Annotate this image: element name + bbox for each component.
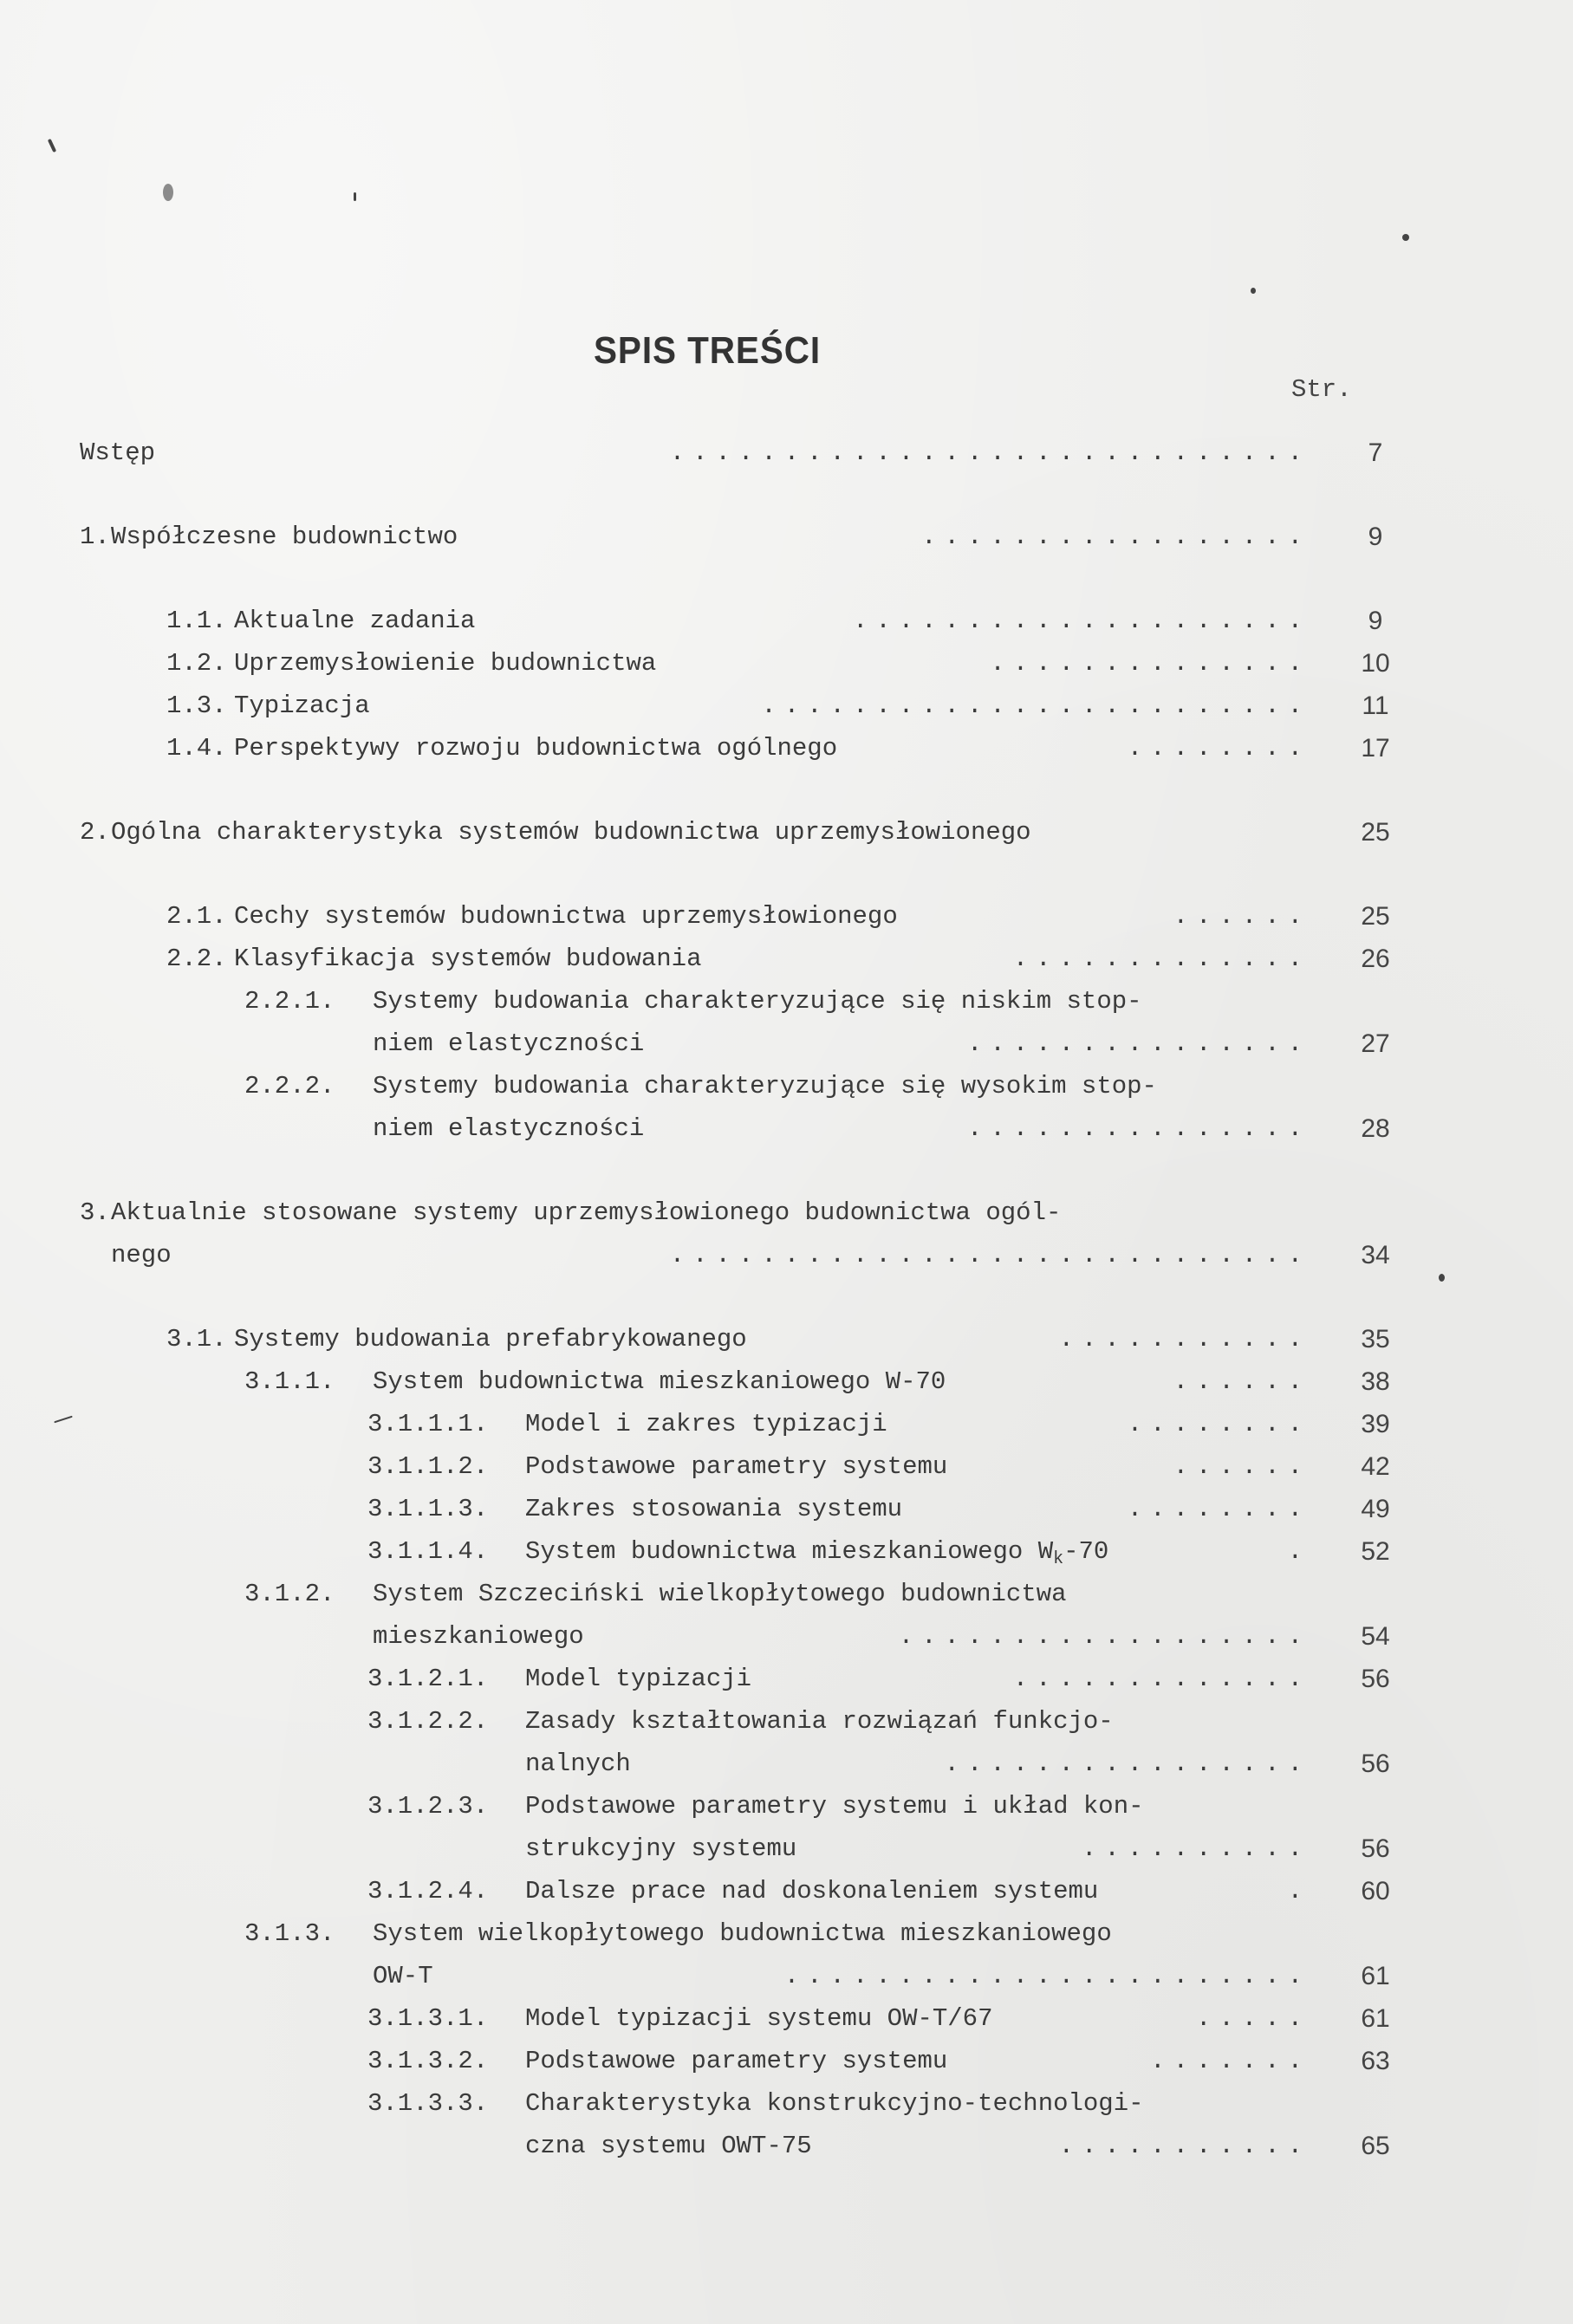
toc-entry-title: System budownictwa mieszkaniowego W-70 xyxy=(373,1360,946,1403)
leader-dots: ............................ xyxy=(670,432,1310,474)
leader-dots: ........... xyxy=(1059,1318,1310,1360)
toc-entry-3-cont[interactable]: nego............................34 xyxy=(80,1234,1432,1276)
toc-entry-page: 56 xyxy=(1336,1743,1414,1785)
leader-dots: ........ xyxy=(1128,727,1310,769)
toc-entry-page: 28 xyxy=(1336,1107,1414,1150)
paper-speck xyxy=(1402,234,1409,241)
toc-entry-3-1-1-1[interactable]: 3.1.1.1.Model i zakres typizacji........… xyxy=(80,1403,1432,1445)
toc-entry-3-1-1-2[interactable]: 3.1.1.2.Podstawowe parametry systemu....… xyxy=(80,1445,1432,1488)
leader-dots: ................ xyxy=(945,1743,1310,1785)
toc-entry-page: 63 xyxy=(1336,2040,1414,2082)
toc-entry-2[interactable]: 2.Ogólna charakterystyka systemów budown… xyxy=(80,811,1432,854)
leader-dots: ............................ xyxy=(670,1234,1310,1276)
toc-entry-3-1-2-3-cont[interactable]: strukcyjny systemu..........56 xyxy=(80,1827,1432,1870)
toc-entry-page: 54 xyxy=(1336,1615,1414,1658)
toc-entry-3-1-1[interactable]: 3.1.1.System budownictwa mieszkaniowego … xyxy=(80,1360,1432,1403)
toc-entry-3-1-2-2[interactable]: 3.1.2.2.Zasady kształtowania rozwiązań f… xyxy=(80,1700,1432,1743)
toc-entry-title: System budownictwa mieszkaniowego Wk-70 xyxy=(525,1530,1108,1573)
toc-entry-page: 35 xyxy=(1336,1318,1414,1360)
leader-dots: . xyxy=(1288,1530,1310,1573)
paper-speck xyxy=(1439,1274,1445,1282)
toc-entry-title: Ogólna charakterystyka systemów budownic… xyxy=(111,811,1031,854)
toc-entry-page: 65 xyxy=(1336,2125,1414,2167)
toc-entry-3-1-2[interactable]: 3.1.2.System Szczeciński wielkopłytowego… xyxy=(80,1573,1432,1615)
toc-entry-title: System Szczeciński wielkopłytowego budow… xyxy=(373,1573,1067,1615)
toc-entry-2-2[interactable]: 2.2.Klasyfikacja systemów budowania.....… xyxy=(80,938,1432,980)
paper-speck xyxy=(163,184,173,201)
toc-entry-page: 9 xyxy=(1336,516,1414,558)
leader-dots: .................. xyxy=(899,1615,1310,1658)
toc-entry-3-1-1-4[interactable]: 3.1.1.4.System budownictwa mieszkanioweg… xyxy=(80,1530,1432,1573)
toc-entry-page: 61 xyxy=(1336,1997,1414,2040)
leader-dots: ........................ xyxy=(761,685,1310,727)
paper-speck xyxy=(354,192,356,201)
toc-entry-number: 3.1.2.4. xyxy=(367,1870,488,1912)
toc-entry-page: 56 xyxy=(1336,1827,1414,1870)
toc-entry-number: 2.2.2. xyxy=(244,1065,335,1107)
toc-entry-title: Systemy budowania charakteryzujące się w… xyxy=(373,1065,1157,1107)
toc-entry-title: Dalsze prace nad doskonaleniem systemu xyxy=(525,1870,1098,1912)
leader-dots: ................. xyxy=(921,516,1310,558)
toc-entry-number: 2.2.1. xyxy=(244,980,335,1022)
toc-entry-number: 3.1.1.4. xyxy=(367,1530,488,1573)
toc-entry-page: 38 xyxy=(1336,1360,1414,1403)
toc-entry-number: 1.3. xyxy=(166,685,227,727)
toc-entry-page: 26 xyxy=(1336,938,1414,980)
toc-entry-3-1-3[interactable]: 3.1.3.System wielkopłytowego budownictwa… xyxy=(80,1912,1432,1955)
toc-entry-number: 1. xyxy=(80,516,110,558)
toc-entry-page: 17 xyxy=(1336,727,1414,769)
leader-dots: ........... xyxy=(1059,2125,1310,2167)
toc-entry-title: Wstęp xyxy=(80,432,155,474)
leader-dots: .......... xyxy=(1082,1827,1310,1870)
toc-entry-number: 3.1.1.2. xyxy=(367,1445,488,1488)
toc-entry-page: 27 xyxy=(1336,1022,1414,1065)
toc-entry-number: 3.1.1.3. xyxy=(367,1488,488,1530)
toc-entry-number: 2. xyxy=(80,811,110,854)
toc-entry-title: Systemy budowania prefabrykowanego xyxy=(234,1318,747,1360)
leader-dots: ............... xyxy=(967,1022,1310,1065)
leader-dots: .................... xyxy=(853,600,1310,642)
toc-entry-number: 2.1. xyxy=(166,895,227,938)
toc-entry-page: 52 xyxy=(1336,1530,1414,1573)
toc-entry-page: 7 xyxy=(1336,432,1414,474)
toc-entry-number: 3.1.1. xyxy=(244,1360,335,1403)
toc-entry-title: Współczesne budownictwo xyxy=(111,516,458,558)
toc-entry-title: Model typizacji systemu OW-T/67 xyxy=(525,1997,993,2040)
toc-entry-number: 3.1.3.3. xyxy=(367,2082,488,2125)
toc-entry-title: Zasady kształtowania rozwiązań funkcjo- xyxy=(525,1700,1114,1743)
toc-entry-3-1-3-3[interactable]: 3.1.3.3.Charakterystyka konstrukcyjno-te… xyxy=(80,2082,1432,2125)
toc-entry-number: 3.1.2.3. xyxy=(367,1785,488,1827)
leader-dots: ...... xyxy=(1173,1360,1310,1403)
leader-dots: ........ xyxy=(1128,1488,1310,1530)
toc-entry-2-2-2[interactable]: 2.2.2.Systemy budowania charakteryzujące… xyxy=(80,1065,1432,1107)
toc-entry-title: niem elastyczności xyxy=(373,1107,644,1150)
toc-entry-1-1[interactable]: 1.1.Aktualne zadania....................… xyxy=(80,600,1432,642)
toc-entry-number: 3.1.3.2. xyxy=(367,2040,488,2082)
toc-entry-number: 3.1.2.1. xyxy=(367,1658,488,1700)
page-column-header: Str. xyxy=(1291,375,1352,404)
toc-entry-title: Cechy systemów budownictwa uprzemysłowio… xyxy=(234,895,898,938)
toc-entry-3-1-2-cont[interactable]: mieszkaniowego..................54 xyxy=(80,1615,1432,1658)
toc-entry-title: Uprzemysłowienie budownictwa xyxy=(234,642,656,685)
toc-entry-2-1[interactable]: 2.1.Cechy systemów budownictwa uprzemysł… xyxy=(80,895,1432,938)
toc-entry-3-1-2-1[interactable]: 3.1.2.1.Model typizacji.............56 xyxy=(80,1658,1432,1700)
leader-dots: . xyxy=(1288,1870,1310,1912)
toc-entry-title: Aktualnie stosowane systemy uprzemysłowi… xyxy=(111,1191,1061,1234)
toc-entry-title: nego xyxy=(111,1234,172,1276)
toc-entry-title: Typizacja xyxy=(234,685,370,727)
toc-entry-page: 61 xyxy=(1336,1955,1414,1997)
toc-entry-title: strukcyjny systemu xyxy=(525,1827,796,1870)
toc-entry-title: niem elastyczności xyxy=(373,1022,644,1065)
toc-entry-page: 42 xyxy=(1336,1445,1414,1488)
toc-entry-title: Model typizacji xyxy=(525,1658,751,1700)
toc-entry-2-2-1-cont[interactable]: niem elastyczności...............27 xyxy=(80,1022,1432,1065)
toc-entry-title: nalnych xyxy=(525,1743,631,1785)
toc-entry-page: 25 xyxy=(1336,895,1414,938)
leader-dots: ....... xyxy=(1150,2040,1310,2082)
leader-dots: ............. xyxy=(1013,1658,1310,1700)
toc-entry-3-1-3-1[interactable]: 3.1.3.1.Model typizacji systemu OW-T/67.… xyxy=(80,1997,1432,2040)
leader-dots: ...... xyxy=(1173,1445,1310,1488)
toc-entry-3-1-2-2-cont[interactable]: nalnych................56 xyxy=(80,1743,1432,1785)
toc-entry-page: 39 xyxy=(1336,1403,1414,1445)
paper-speck xyxy=(54,1416,73,1424)
toc-entry-title: OW-T xyxy=(373,1955,433,1997)
paper-speck xyxy=(1251,288,1256,294)
toc-entry-title: Podstawowe parametry systemu xyxy=(525,2040,947,2082)
leader-dots: ............... xyxy=(967,1107,1310,1150)
toc-entry-1-3[interactable]: 1.3.Typizacja........................11 xyxy=(80,685,1432,727)
toc-entry-page: 11 xyxy=(1336,685,1414,727)
toc-entry-number: 3.1.1.1. xyxy=(367,1403,488,1445)
toc-entry-number: 3.1.3.1. xyxy=(367,1997,488,2040)
toc-entry-3-1-3-2[interactable]: 3.1.3.2.Podstawowe parametry systemu....… xyxy=(80,2040,1432,2082)
toc-entry-number: 3.1.2.2. xyxy=(367,1700,488,1743)
toc-entry-3-1-2-4[interactable]: 3.1.2.4.Dalsze prace nad doskonaleniem s… xyxy=(80,1870,1432,1912)
toc-entry-page: 49 xyxy=(1336,1488,1414,1530)
toc-entry-title: Model i zakres typizacji xyxy=(525,1403,887,1445)
toc-entry-title: Charakterystyka konstrukcyjno-technologi… xyxy=(525,2082,1144,2125)
toc-entry-title: czna systemu OWT-75 xyxy=(525,2125,812,2167)
toc-entry-number: 3. xyxy=(80,1191,110,1234)
leader-dots: ...... xyxy=(1173,895,1310,938)
toc-entry-number: 3.1. xyxy=(166,1318,227,1360)
toc-entry-number: 1.4. xyxy=(166,727,227,769)
toc-entry-page: 25 xyxy=(1336,811,1414,854)
toc-entry-title: Aktualne zadania xyxy=(234,600,475,642)
toc-entry-1[interactable]: 1.Współczesne budownictwo...............… xyxy=(80,516,1432,558)
toc-entry-title: Podstawowe parametry systemu xyxy=(525,1445,947,1488)
toc-entry-3-1-3-cont[interactable]: OW-T.......................61 xyxy=(80,1955,1432,1997)
toc-entry-title: mieszkaniowego xyxy=(373,1615,584,1658)
toc-entry-number: 1.1. xyxy=(166,600,227,642)
toc-entry-2-2-1[interactable]: 2.2.1.Systemy budowania charakteryzujące… xyxy=(80,980,1432,1022)
toc-entry-page: 34 xyxy=(1336,1234,1414,1276)
toc-entry-3-1-3-3-cont[interactable]: czna systemu OWT-75...........65 xyxy=(80,2125,1432,2167)
paper-speck xyxy=(48,139,56,153)
subscript: k xyxy=(1053,1549,1063,1569)
toc-entry-title: Perspektywy rozwoju budownictwa ogólnego xyxy=(234,727,837,769)
toc-entry-wstep[interactable]: Wstęp............................7 xyxy=(80,432,1432,474)
page-title: SPIS TREŚCI xyxy=(48,329,1495,373)
leader-dots: ..... xyxy=(1196,1997,1310,2040)
leader-dots: ....................... xyxy=(784,1955,1310,1997)
toc-entry-title: Klasyfikacja systemów budowania xyxy=(234,938,702,980)
toc-entry-title: Systemy budowania charakteryzujące się n… xyxy=(373,980,1142,1022)
toc-entry-number: 1.2. xyxy=(166,642,227,685)
toc-entry-1-2[interactable]: 1.2.Uprzemysłowienie budownictwa........… xyxy=(80,642,1432,685)
leader-dots: .............. xyxy=(990,642,1310,685)
table-of-contents: Wstęp............................71.Wspó… xyxy=(80,432,1432,2167)
toc-entry-page: 56 xyxy=(1336,1658,1414,1700)
leader-dots: ............. xyxy=(1013,938,1310,980)
toc-entry-number: 2.2. xyxy=(166,938,227,980)
toc-entry-number: 3.1.3. xyxy=(244,1912,335,1955)
toc-entry-title: System wielkopłytowego budownictwa miesz… xyxy=(373,1912,1112,1955)
toc-entry-number: 3.1.2. xyxy=(244,1573,335,1615)
toc-entry-title: Zakres stosowania systemu xyxy=(525,1488,902,1530)
toc-entry-1-4[interactable]: 1.4.Perspektywy rozwoju budownictwa ogól… xyxy=(80,727,1432,769)
leader-dots: ........ xyxy=(1128,1403,1310,1445)
toc-entry-page: 10 xyxy=(1336,642,1414,685)
toc-entry-3[interactable]: 3.Aktualnie stosowane systemy uprzemysło… xyxy=(80,1191,1432,1234)
toc-entry-page: 60 xyxy=(1336,1870,1414,1912)
toc-entry-2-2-2-cont[interactable]: niem elastyczności...............28 xyxy=(80,1107,1432,1150)
toc-entry-page: 9 xyxy=(1336,600,1414,642)
toc-entry-title: Podstawowe parametry systemu i układ kon… xyxy=(525,1785,1144,1827)
toc-entry-3-1-1-3[interactable]: 3.1.1.3.Zakres stosowania systemu.......… xyxy=(80,1488,1432,1530)
toc-entry-3-1-2-3[interactable]: 3.1.2.3.Podstawowe parametry systemu i u… xyxy=(80,1785,1432,1827)
toc-entry-3-1[interactable]: 3.1.Systemy budowania prefabrykowanego..… xyxy=(80,1318,1432,1360)
